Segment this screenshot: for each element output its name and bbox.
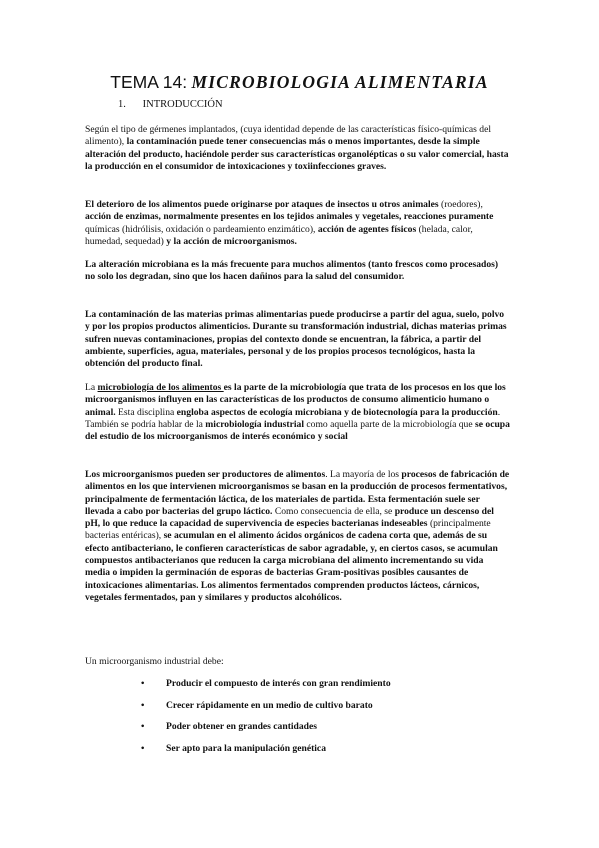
paragraph-intro: Según el tipo de gérmenes implantados, (…: [85, 124, 510, 173]
title-prefix: TEMA 14:: [110, 72, 187, 92]
paragraph-contaminacion: La contaminación de las materias primas …: [85, 309, 510, 370]
paragraph-requisitos: Un microorganismo industrial debe:: [85, 656, 510, 668]
bullet-icon: •: [141, 720, 144, 734]
paragraph-microbiologia: La microbiología de los alimentos es la …: [85, 382, 510, 443]
paragraph-alteracion: La alteración microbiana es la más frecu…: [85, 259, 510, 284]
section-heading: 1. INTRODUCCIÓN: [118, 98, 223, 112]
section-title: INTRODUCCIÓN: [143, 99, 223, 110]
bullet-icon: •: [141, 677, 144, 691]
title-main: MICROBIOLOGIA ALIMENTARIA: [191, 72, 488, 92]
bullet-icon: •: [141, 699, 144, 713]
bullet-icon: •: [141, 742, 144, 756]
paragraph-deterioro: El deterioro de los alimentos puede orig…: [85, 199, 510, 248]
document-page: TEMA 14: MICROBIOLOGIA ALIMENTARIA 1. IN…: [0, 0, 599, 848]
section-number: 1.: [118, 98, 140, 112]
document-title: TEMA 14: MICROBIOLOGIA ALIMENTARIA: [0, 71, 599, 93]
paragraph-productores: Los microorganismos pueden ser productor…: [85, 469, 510, 604]
